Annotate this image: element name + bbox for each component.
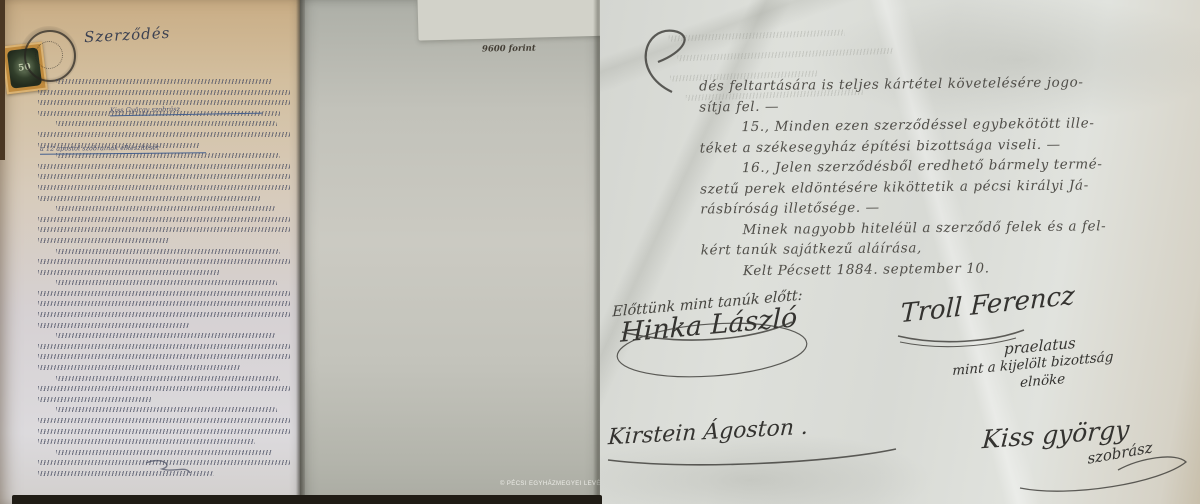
signature-troll-name: Troll Ferencz [900, 281, 1075, 330]
handwriting-line [38, 439, 255, 444]
overlapping-sheet-corner [417, 0, 614, 41]
handwriting-line [56, 121, 277, 126]
postmark-ring-inner [35, 41, 63, 69]
handwriting-line [38, 397, 151, 402]
handwriting-line [38, 301, 290, 306]
photo-edge-left [0, 0, 5, 160]
page-2: 9600 forint © PÉCSI EGYHÁZMEGYEI LEVÉLTÁ… [300, 0, 600, 504]
handwriting-line [38, 429, 290, 434]
handwriting-block-page1 [38, 76, 290, 482]
handwriting-line [38, 291, 290, 296]
amount-text: 9600 forint [482, 44, 536, 55]
handwriting-line [38, 365, 240, 370]
handwriting-line [56, 407, 277, 412]
handwriting-line [677, 48, 893, 62]
handwriting-line [38, 238, 169, 243]
handwriting-line [38, 174, 290, 179]
photo-edge-bottom [12, 495, 602, 504]
sheet-seam-1 [296, 0, 305, 504]
handwriting-line [38, 227, 290, 232]
handwriting-line [38, 344, 290, 349]
handwriting-line [669, 29, 845, 41]
handwriting-line [38, 323, 189, 328]
signature-troll-title-3: elnöke [1020, 371, 1065, 391]
page-3: dés feltartására is teljes kártétel köve… [600, 0, 1200, 504]
handwriting-line [56, 249, 280, 254]
handwriting-line [56, 206, 275, 211]
handwriting-line [38, 90, 290, 95]
contract-body: dés feltartására is teljes kártétel köve… [699, 71, 1181, 281]
handwriting-line [38, 312, 290, 317]
date-line: Kelt Pécsett 1884. september 10. [701, 256, 1181, 282]
underlined-phrase-2: a 12 apostol szobrainak elkészítését [40, 143, 206, 154]
page-1: 50 Szerződés Kiss György szobrász a 12 a… [0, 0, 300, 504]
handwriting-line [38, 418, 290, 423]
handwriting-line [38, 259, 290, 264]
witness-signature-2: Kirstein Ágoston . [607, 415, 808, 451]
handwriting-line [38, 217, 290, 222]
handwriting-line [38, 132, 290, 137]
contract-title: Szerződés [84, 24, 171, 46]
handwriting-line [56, 79, 272, 84]
handwriting-line [38, 185, 290, 190]
handwriting-line [38, 270, 219, 275]
ink-squiggle [140, 454, 196, 482]
handwriting-line [56, 376, 280, 381]
handwriting-line [56, 280, 277, 285]
handwriting-line [38, 386, 290, 391]
document-scan: 50 Szerződés Kiss György szobrász a 12 a… [0, 0, 1200, 504]
handwriting-line [38, 354, 290, 359]
handwriting-line [38, 196, 260, 201]
handwriting-line [38, 164, 290, 169]
handwriting-line [56, 333, 275, 338]
